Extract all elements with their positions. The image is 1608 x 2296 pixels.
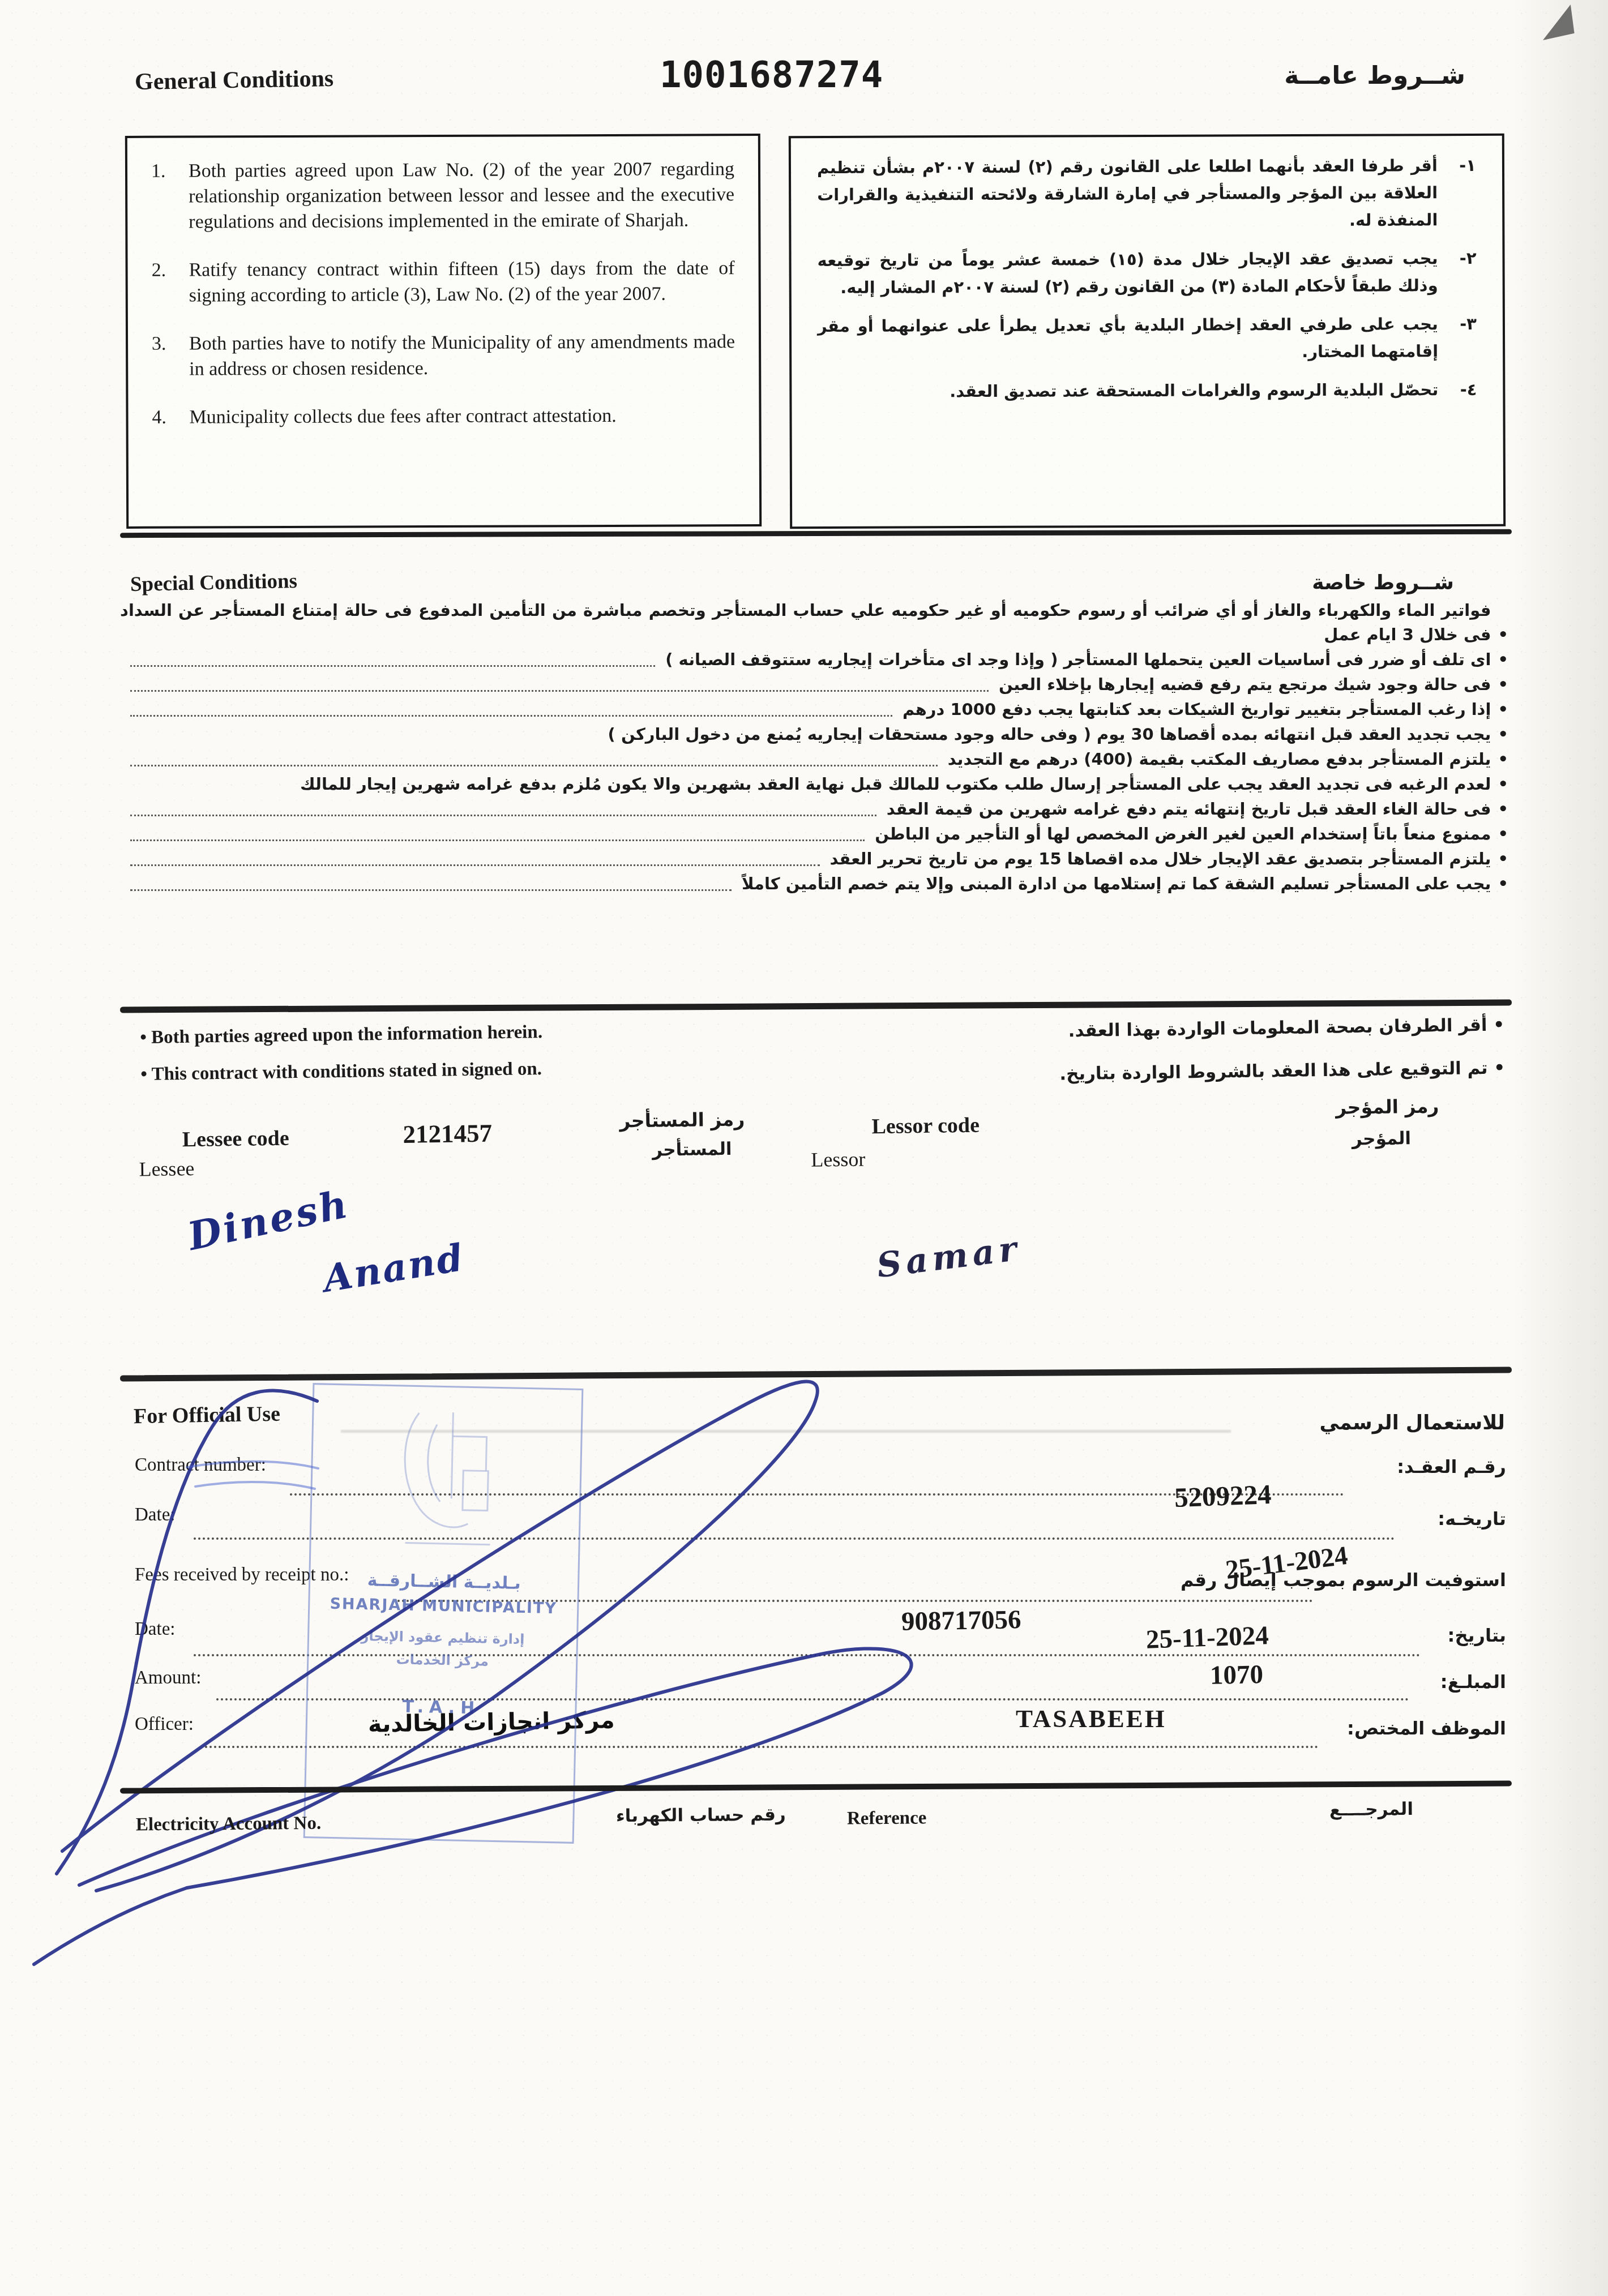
general-condition-item: 4. Municipality collects due fees after … (152, 402, 735, 430)
date-label: Date: (135, 1619, 175, 1640)
item-number: 1. (151, 159, 177, 235)
general-conditions-box-en: 1. Both parties agreed upon Law No. (2) … (125, 134, 762, 529)
special-condition-item: يلتزم المستأجر بتصديق عقد الإيجار خلال م… (120, 847, 1508, 871)
general-condition-item-ar: ١- أقر طرفا العقد بأنهما اطلعا على القان… (817, 152, 1476, 235)
contract-number-label-ar: رقـم العقـد: (1397, 1456, 1506, 1477)
agreement-section: Both parties agreed upon the information… (136, 1018, 1505, 1108)
dotted-leader (130, 715, 892, 717)
lessor-code-label: Lessor code (871, 1113, 980, 1140)
item-number: ١- (1448, 152, 1477, 233)
general-condition-item: 3. Both parties have to notify the Munic… (152, 329, 735, 382)
date-label-ar: بتاريخ: (1448, 1625, 1506, 1646)
item-text: إذا رغب المستأجر بتغيير تواريخ الشيكات ب… (903, 697, 1491, 722)
attestation-date-value: 25-11-2024 (1145, 1620, 1269, 1655)
lessor-label: Lessor (811, 1147, 866, 1171)
general-conditions-boxes: 1. Both parties agreed upon Law No. (2) … (126, 135, 1505, 528)
officer-label-ar: الموظف المختص: (1347, 1717, 1506, 1739)
item-text: فى حالة وجود شيك مرتجع يتم رفع قضيه إيجا… (999, 672, 1491, 697)
item-number: ٣- (1448, 310, 1477, 365)
special-condition-item: لعدم الرغبه فى تجديد العقد يجب على المست… (120, 772, 1508, 796)
stamp-municipality-name-ar: بـلديــة الشــارقــة (310, 1569, 578, 1595)
electricity-account-label: Electricity Account No. (136, 1813, 321, 1836)
reference-label-ar: المرجــــع (1329, 1799, 1414, 1820)
electricity-account-label-ar: رقم حساب الكهرباء (616, 1805, 786, 1827)
item-text: يجب تصديق عقد الإيجار خلال مدة (١٥) خمسة… (817, 245, 1438, 301)
special-condition-item: إذا رغب المستأجر بتغيير تواريخ الشيكات ب… (120, 697, 1508, 722)
special-condition-item: اى تلف أو ضرر فى أساسيات العين يتحملها ا… (120, 648, 1508, 672)
item-text: فى حالة الغاء العقد قبل تاريخ إنتهائه يت… (887, 797, 1491, 821)
municipality-emblem-icon (382, 1401, 510, 1568)
general-condition-item: 1. Both parties agreed upon Law No. (2) … (151, 156, 734, 235)
agreement-line: This contract with conditions stated in … (140, 1059, 543, 1085)
special-condition-item: يجب تجديد العقد قبل انتهائه بمده أقصاها … (120, 722, 1508, 747)
lessee-code-value: 2121457 (403, 1119, 492, 1149)
item-text: تحصّل البلدية الرسوم والغرامات المستحقة … (950, 376, 1438, 405)
dotted-leader (130, 815, 876, 816)
lessor-label-ar: المؤجر (1352, 1128, 1412, 1149)
item-text: يجب على طرفي العقد إخطار البلدية بأي تعد… (818, 310, 1438, 367)
item-text: فواتير الماء والكهرباء والغاز أو أي ضرائ… (120, 598, 1491, 647)
receipt-number-value: 908717056 (901, 1604, 1021, 1637)
item-text: يجب تجديد العقد قبل انتهائه بمده أقصاها … (608, 722, 1491, 747)
item-text: يلتزم المستأجر بتصديق عقد الإيجار خلال م… (830, 847, 1491, 871)
special-condition-item: فى حالة وجود شيك مرتجع يتم رفع قضيه إيجا… (120, 672, 1508, 697)
official-title-en: For Official Use (134, 1402, 281, 1429)
special-title-en: Special Conditions (130, 569, 298, 597)
item-number: ٢- (1448, 245, 1476, 299)
item-number: 2. (152, 258, 178, 309)
item-text: Both parties have to notify the Municipa… (189, 329, 735, 382)
page-title-ar: شــروط عامــة (1284, 61, 1465, 90)
signature-text: Anand (320, 1235, 467, 1301)
agreement-ar: أقر الطرفان بصحة المعلومات الواردة بهذا … (1059, 1015, 1506, 1107)
item-number: 4. (152, 405, 178, 430)
lessee-code-label: Lessee code (182, 1126, 289, 1153)
item-text: أقر طرفا العقد بأنهما اطلعا على القانون … (817, 152, 1438, 235)
lessee-label: Lessee (139, 1156, 195, 1181)
special-title-ar: شــروط خاصة (1312, 571, 1454, 594)
section-divider (120, 1367, 1512, 1381)
general-condition-item: 2. Ratify tenancy contract within fiftee… (152, 255, 735, 309)
agreement-line: Both parties agreed upon the information… (140, 1022, 542, 1048)
agreement-line: أقر الطرفان بصحة المعلومات الواردة بهذا … (1059, 1015, 1504, 1042)
special-condition-item: يجب على المستأجر تسليم الشقة كما تم إستل… (120, 872, 1508, 896)
item-text: يجب على المستأجر تسليم الشقة كما تم إستل… (742, 872, 1491, 896)
official-title-ar: للاستعمال الرسمي (1319, 1412, 1505, 1434)
scanned-tenancy-contract-page: General Conditions 1001687274 شــروط عام… (0, 0, 1608, 2296)
lessee-code-label-ar: رمز المستأجر (619, 1108, 745, 1132)
item-text: Municipality collects due fees after con… (189, 403, 616, 430)
stamp-code: T.A.H (307, 1695, 575, 1720)
general-condition-item-ar: ٤- تحصّل البلدية الرسوم والغرامات المستح… (818, 376, 1477, 405)
date-label-ar: تاريخـه: (1438, 1508, 1506, 1530)
lessee-signature: Dinesh Anand (187, 1186, 583, 1334)
date-label: Date: (135, 1505, 175, 1526)
section-divider (120, 529, 1512, 538)
dotted-leader (130, 665, 655, 667)
stamp-section-ar: مركز الخدمات (309, 1650, 576, 1671)
dotted-leader (130, 765, 938, 766)
general-condition-item-ar: ٢- يجب تصديق عقد الإيجار خلال مدة (١٥) خ… (817, 245, 1476, 301)
item-number: 3. (152, 331, 178, 382)
page-title-en: General Conditions (135, 65, 334, 96)
officer-label: Officer: (135, 1714, 194, 1735)
general-conditions-box-ar: ١- أقر طرفا العقد بأنهما اطلعا على القان… (789, 134, 1506, 529)
municipality-stamp: بـلديــة الشــارقــة SHARJAH MUNICIPALIT… (303, 1383, 584, 1844)
item-number: ٤- (1448, 376, 1477, 403)
item-text: Both parties agreed upon Law No. (2) of … (189, 156, 734, 234)
dotted-leader (130, 889, 732, 891)
official-use-section: For Official Use للاستعمال الرسمي Contra… (120, 1388, 1508, 1790)
amount-label-ar: المبلـغ: (1440, 1671, 1506, 1693)
amount-label: Amount: (135, 1668, 201, 1689)
item-text: يلتزم المستأجر بدفع مصاريف المكتب بقيمة … (948, 747, 1491, 772)
reference-label: Reference (847, 1807, 927, 1829)
contract-number-label: Contract number: (135, 1455, 266, 1476)
general-condition-item-ar: ٣- يجب على طرفي العقد إخطار البلدية بأي … (818, 310, 1477, 367)
dotted-leader (130, 839, 865, 841)
stamp-department-ar: إدارة تنظيم عقود الإيجار (309, 1627, 576, 1648)
dotted-leader (130, 864, 820, 866)
item-text: ممنوع منعاً باتاً إستخدام العين لغير الغ… (875, 822, 1491, 846)
item-text: اى تلف أو ضرر فى أساسيات العين يتحملها ا… (665, 648, 1491, 672)
special-condition-item: ممنوع منعاً باتاً إستخدام العين لغير الغ… (120, 822, 1508, 846)
dotted-leader (130, 690, 989, 692)
amount-value: 1070 (1210, 1659, 1264, 1691)
item-text: Ratify tenancy contract within fifteen (… (189, 255, 735, 308)
agreement-en: Both parties agreed upon the information… (140, 1022, 543, 1101)
agreement-line: تم التوقيع على هذا العقد بالشروط الواردة… (1059, 1058, 1505, 1085)
special-condition-item: يلتزم المستأجر بدفع مصاريف المكتب بقيمة … (120, 747, 1508, 772)
officer-name-value: TASABEEH (1016, 1704, 1166, 1733)
special-condition-item: فواتير الماء والكهرباء والغاز أو أي ضرائ… (120, 598, 1508, 647)
special-conditions-heading: شــروط خاصة Special Conditions (120, 571, 1508, 595)
cursor-arrow-icon (1542, 2, 1582, 50)
stamp-municipality-name-en: SHARJAH MUNICIPALITY (310, 1595, 578, 1618)
item-text: لعدم الرغبه فى تجديد العقد يجب على المست… (300, 772, 1491, 796)
section-divider (120, 1000, 1512, 1013)
lessor-code-label-ar: رمز المؤجر (1336, 1095, 1439, 1119)
lessor-signature: Samar (875, 1229, 1024, 1286)
signature-text: Dinesh (184, 1181, 354, 1260)
lessee-label-ar: المستأجر (652, 1139, 732, 1160)
contract-number-value: 5209224 (1174, 1478, 1272, 1514)
document-number: 1001687274 (660, 54, 883, 96)
special-condition-item: فى حالة الغاء العقد قبل تاريخ إنتهائه يت… (120, 797, 1508, 821)
special-conditions-section: شــروط خاصة Special Conditions فواتير ال… (120, 571, 1508, 897)
